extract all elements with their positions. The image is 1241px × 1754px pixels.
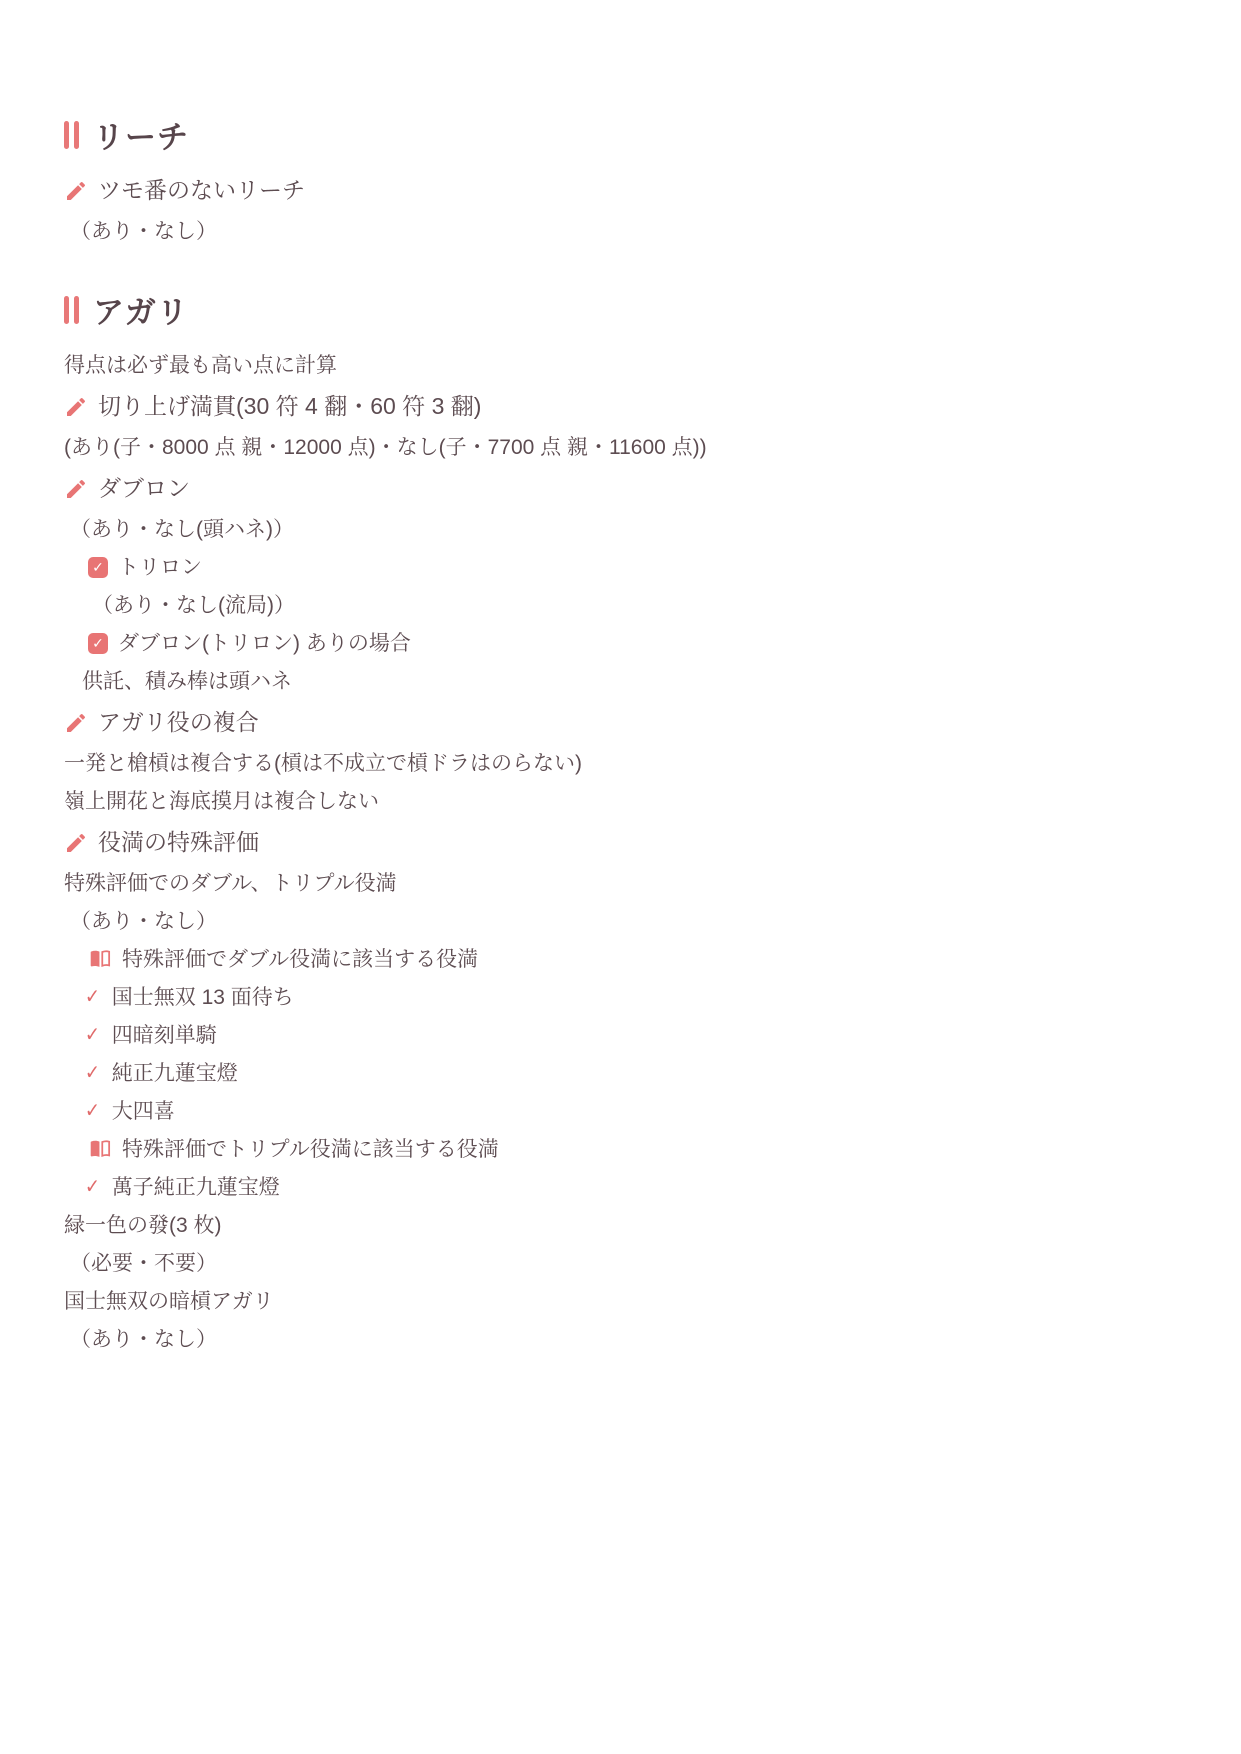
- checkmark-icon: ✓: [85, 1098, 100, 1125]
- yakuman-name: 純正九蓮宝燈: [112, 1060, 238, 1087]
- setting-options: （あり・なし）: [64, 908, 1181, 935]
- group-triple-yakuman: 特殊評価でトリプル役満に該当する役満: [64, 1136, 1181, 1163]
- setting-options: （あり・なし）: [64, 218, 1181, 245]
- pencil-icon: [64, 395, 88, 419]
- rule-text: 国士無双の暗槓アガリ: [64, 1288, 1181, 1315]
- open-book-icon: [88, 948, 113, 971]
- checked-checkbox-icon[interactable]: ✓: [88, 557, 108, 578]
- option-double-ron-ari: ✓ ダブロン(トリロン) ありの場合: [64, 630, 1181, 657]
- group-label: 特殊評価でトリプル役満に該当する役満: [122, 1136, 499, 1163]
- yakuman-name: 萬子純正九蓮宝燈: [112, 1174, 280, 1201]
- double-bar-icon: [64, 121, 79, 149]
- rule-text: 一発と槍槓は複合する(槓は不成立で槓ドラはのらない): [64, 750, 1181, 777]
- checkmark-icon: ✓: [85, 984, 100, 1011]
- setting-label: ツモ番のないリーチ: [98, 177, 305, 204]
- option-triple-ron: ✓ トリロン: [64, 554, 1181, 581]
- setting-yaku-compound: アガリ役の複合: [64, 709, 1181, 736]
- option-label: ダブロン(トリロン) ありの場合: [118, 630, 411, 657]
- setting-label: 役満の特殊評価: [98, 829, 259, 856]
- pencil-icon: [64, 179, 88, 203]
- rules-document: リーチ ツモ番のないリーチ （あり・なし） アガリ 得点は必ず最も高い点に計算 …: [0, 0, 1241, 1353]
- options-label: （あり・なし）: [70, 218, 217, 245]
- setting-options: （あり・なし(頭ハネ)）: [64, 516, 1181, 543]
- setting-options: (あり(子・8000 点 親・12000 点)・なし(子・7700 点 親・11…: [64, 434, 1181, 461]
- section-heading-riichi: リーチ: [64, 112, 1181, 157]
- setting-kiriage-mangan: 切り上げ満貫(30 符 4 翻・60 符 3 翻): [64, 393, 1181, 420]
- section-title: アガリ: [93, 287, 189, 332]
- rule-text: 嶺上開花と海底摸月は複合しない: [64, 788, 1181, 815]
- double-bar-icon: [64, 296, 79, 324]
- setting-label: 切り上げ満貫(30 符 4 翻・60 符 3 翻): [98, 393, 481, 420]
- yakuman-list-item: ✓ 大四喜: [64, 1098, 1181, 1125]
- setting-options: （あり・なし）: [64, 1326, 1181, 1353]
- option-label: トリロン: [118, 554, 202, 581]
- pencil-icon: [64, 477, 88, 501]
- yakuman-name: 大四喜: [112, 1098, 175, 1125]
- checkmark-icon: ✓: [85, 1174, 100, 1201]
- yakuman-list-item: ✓ 四暗刻単騎: [64, 1022, 1181, 1049]
- checked-checkbox-icon[interactable]: ✓: [88, 633, 108, 654]
- group-double-yakuman: 特殊評価でダブル役満に該当する役満: [64, 946, 1181, 973]
- section-heading-agari: アガリ: [64, 287, 1181, 332]
- checkmark-icon: ✓: [85, 1060, 100, 1087]
- setting-options: （必要・不要）: [64, 1250, 1181, 1277]
- rule-text: 得点は必ず最も高い点に計算: [64, 352, 1181, 379]
- yakuman-list-item: ✓ 萬子純正九蓮宝燈: [64, 1174, 1181, 1201]
- setting-options: （あり・なし(流局)）: [64, 592, 1181, 619]
- open-book-icon: [88, 1138, 113, 1161]
- pencil-icon: [64, 831, 88, 855]
- group-label: 特殊評価でダブル役満に該当する役満: [122, 946, 478, 973]
- rule-text: 緑一色の發(3 枚): [64, 1212, 1181, 1239]
- setting-label: ダブロン: [98, 475, 190, 502]
- setting-no-tsumo-riichi: ツモ番のないリーチ: [64, 177, 1181, 204]
- yakuman-list-item: ✓ 国士無双 13 面待ち: [64, 984, 1181, 1011]
- setting-double-ron: ダブロン: [64, 475, 1181, 502]
- yakuman-list-item: ✓ 純正九蓮宝燈: [64, 1060, 1181, 1087]
- setting-label: アガリ役の複合: [98, 709, 259, 736]
- yakuman-name: 四暗刻単騎: [112, 1022, 217, 1049]
- checkmark-icon: ✓: [85, 1022, 100, 1049]
- setting-yakuman-special: 役満の特殊評価: [64, 829, 1181, 856]
- rule-text: 特殊評価でのダブル、トリプル役満: [64, 870, 1181, 897]
- rule-note: 供託、積み棒は頭ハネ: [64, 668, 1181, 695]
- section-agari: アガリ 得点は必ず最も高い点に計算 切り上げ満貫(30 符 4 翻・60 符 3…: [64, 287, 1181, 1353]
- section-title: リーチ: [93, 112, 189, 157]
- yakuman-name: 国士無双 13 面待ち: [112, 984, 294, 1011]
- pencil-icon: [64, 711, 88, 735]
- section-riichi: リーチ ツモ番のないリーチ （あり・なし）: [64, 112, 1181, 245]
